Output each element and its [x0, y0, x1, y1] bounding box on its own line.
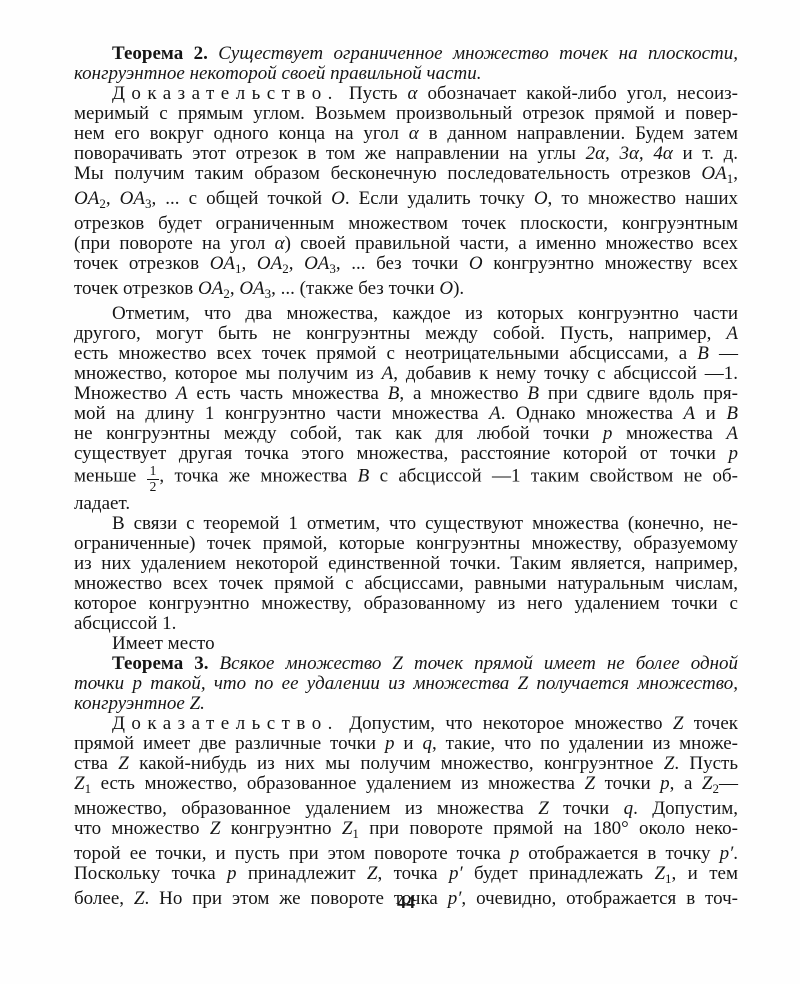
- text-segment: и т. д.: [673, 143, 738, 164]
- text-segment: OA: [74, 188, 99, 209]
- text-segment: множество, которое мы получим из: [74, 363, 382, 384]
- text-line: Теорема 3. Всякое множество Z точек прям…: [74, 654, 738, 674]
- text-segment: Z: [367, 863, 378, 884]
- text-segment: не конгруэнтны между собой, так как для …: [74, 423, 603, 444]
- text-segment: OA: [239, 278, 264, 299]
- text-segment: Допустим, что некоторое множество: [339, 713, 673, 734]
- text-segment: A: [726, 323, 738, 344]
- paragraph: Имеет место: [74, 634, 738, 654]
- text-segment: Z: [673, 713, 684, 734]
- text-segment: множества: [612, 423, 726, 444]
- text-segment: множество всех точек прямой с абсциссами…: [74, 573, 738, 594]
- text-segment: Отметим, что два множества, каждое из ко…: [112, 303, 738, 324]
- text-line: точки p такой, что по ее удалении из мно…: [74, 674, 738, 694]
- text-line: из них удалением некоторой единственной …: [74, 554, 738, 574]
- text-segment: , такие, что по удалении из множе-: [432, 733, 738, 754]
- text-segment: нем его вокруг одного конца на угол: [74, 123, 409, 144]
- text-segment: существует другая точка этого множества,…: [74, 443, 729, 464]
- text-segment: p: [227, 863, 237, 884]
- page-number: 44: [74, 892, 738, 913]
- text-segment: [208, 43, 218, 64]
- text-segment: точки p такой, что по ее удалении из мно…: [74, 673, 738, 694]
- text-segment: , точка: [377, 863, 449, 884]
- text-segment: Z: [342, 818, 353, 839]
- text-segment: A: [489, 403, 501, 424]
- text-segment: с абсциссой —1 таким свойством не об-: [369, 466, 738, 487]
- text-segment: α: [409, 123, 419, 144]
- text-segment: Доказательство.: [112, 713, 339, 734]
- text-segment: . Пусть: [674, 753, 738, 774]
- text-line: множество, образованное удалением из мно…: [74, 799, 738, 819]
- text-line: точек отрезков OA1, OA2, OA3, ... без то…: [74, 254, 738, 279]
- text-segment: Z: [664, 753, 675, 774]
- text-segment: A: [684, 403, 696, 424]
- text-line: что множество Z конгруэнтно Z1 при повор…: [74, 819, 738, 844]
- text-segment: прямой имеет две различные точки: [74, 733, 385, 754]
- text-line: Множество A есть часть множества B, а мн…: [74, 384, 738, 404]
- text-segment: p: [603, 423, 613, 444]
- paragraph: Отметим, что два множества, каждое из ко…: [74, 304, 738, 514]
- text-segment: точки: [595, 773, 660, 794]
- text-segment: , а: [670, 773, 702, 794]
- text-segment: поворачивать этот отрезок в том же напра…: [74, 143, 586, 164]
- text-segment: какой-нибудь из них мы получим множество…: [129, 753, 664, 774]
- text-segment: Z: [210, 818, 221, 839]
- text-segment: ,: [289, 253, 304, 274]
- text-line: Поскольку точка p принадлежит Z, точка p…: [74, 864, 738, 889]
- text-line: которое конгруэнтно множеству, образован…: [74, 594, 738, 614]
- text-line: торой ее точки, и пусть при этом поворот…: [74, 844, 738, 864]
- text-segment: при повороте прямой на 180° около неко-: [359, 818, 738, 839]
- text-segment: есть множество всех точек прямой с неотр…: [74, 343, 697, 364]
- text-segment: мой на длину 1 конгруэнтно части множест…: [74, 403, 489, 424]
- text-segment: . Если удалить точку: [345, 188, 534, 209]
- text-segment: отрезков будет ограниченным множеством т…: [74, 213, 738, 234]
- text-segment: конгруэнтное Z.: [74, 693, 205, 714]
- text-segment: α: [275, 233, 285, 254]
- text-segment: торой ее точки, и пусть при этом поворот…: [74, 843, 510, 864]
- text-segment: Существует ограниченное множество точек …: [218, 43, 738, 64]
- text-line: прямой имеет две различные точки p и q, …: [74, 734, 738, 754]
- text-segment: B: [527, 383, 539, 404]
- text-line: Z1 есть множество, образованное удаление…: [74, 774, 738, 799]
- fraction: 12: [147, 464, 160, 494]
- text-segment: OA: [120, 188, 145, 209]
- text-segment: OA: [701, 163, 726, 184]
- text-segment: α: [408, 83, 418, 104]
- fraction-numerator: 1: [147, 464, 160, 479]
- text-line: Имеет место: [74, 634, 738, 654]
- text-segment: ограниченные) точек прямой, которые конг…: [74, 533, 738, 554]
- text-segment: Множество: [74, 383, 176, 404]
- text-line: ладает.: [74, 494, 738, 514]
- text-segment: которое конгруэнтно множеству, образован…: [74, 593, 738, 614]
- text-line: мой на длину 1 конгруэнтно части множест…: [74, 404, 738, 424]
- paragraph: Теорема 3. Всякое множество Z точек прям…: [74, 654, 738, 714]
- text-segment: q: [422, 733, 432, 754]
- text-segment: A: [382, 363, 394, 384]
- text-segment: OA: [304, 253, 329, 274]
- text-line: есть множество всех точек прямой с неотр…: [74, 344, 738, 364]
- text-segment: p′: [449, 863, 463, 884]
- text-segment: [208, 653, 219, 674]
- text-segment: (при повороте на угол: [74, 233, 275, 254]
- text-segment: ,: [106, 188, 120, 209]
- text-line: множество, которое мы получим из A, доба…: [74, 364, 738, 384]
- text-segment: Z: [584, 773, 595, 794]
- text-segment: меньше: [74, 466, 147, 487]
- text-segment: Z: [74, 773, 85, 794]
- text-segment: при сдвиге вдоль пря-: [539, 383, 738, 404]
- text-segment: Z: [538, 798, 549, 819]
- text-segment: O: [469, 253, 483, 274]
- paragraph: Доказательство. Пусть α обозначает какой…: [74, 84, 738, 304]
- text-segment: и: [695, 403, 726, 424]
- text-line: абсциссой 1.: [74, 614, 738, 634]
- text-line: множество всех точек прямой с абсциссами…: [74, 574, 738, 594]
- text-segment: Теорема 2.: [112, 43, 208, 64]
- text-segment: ства: [74, 753, 118, 774]
- text-segment: B: [388, 383, 400, 404]
- text-segment: OA: [198, 278, 223, 299]
- text-line: В связи с теоремой 1 отметим, что сущест…: [74, 514, 738, 534]
- text-line: точек отрезков OA2, OA3, ... (также без …: [74, 279, 738, 304]
- text-line: меньше 12, точка же множества B с абсцис…: [74, 464, 738, 494]
- text-segment: ) своей правильной части, а именно множе…: [285, 233, 738, 254]
- text-segment: принадлежит: [237, 863, 367, 884]
- text-line: Доказательство. Пусть α обозначает какой…: [74, 84, 738, 104]
- text-segment: B: [726, 403, 738, 424]
- text-segment: другого, могут быть не конгруэнтны между…: [74, 323, 726, 344]
- text-segment: ладает.: [74, 493, 130, 514]
- text-segment: OA: [257, 253, 282, 274]
- text-line: Доказательство. Допустим, что некоторое …: [74, 714, 738, 734]
- text-segment: Z: [118, 753, 129, 774]
- text-line: нем его вокруг одного конца на угол α в …: [74, 124, 738, 144]
- text-segment: Мы получим таким образом бесконечную пос…: [74, 163, 701, 184]
- text-segment: Пусть: [339, 83, 408, 104]
- text-line: конгруэнтное некоторой своей правильной …: [74, 64, 738, 84]
- text-line: OA2, OA3, ... с общей точкой O. Если уда…: [74, 189, 738, 214]
- text-segment: . Допустим,: [633, 798, 738, 819]
- text-segment: , ... без точки: [336, 253, 469, 274]
- text-segment: Имеет место: [112, 633, 215, 654]
- text-line: поворачивать этот отрезок в том же напра…: [74, 144, 738, 164]
- text-segment: точки: [549, 798, 624, 819]
- text-line: Мы получим таким образом бесконечную пос…: [74, 164, 738, 189]
- text-segment: есть часть множества: [187, 383, 387, 404]
- text-segment: Всякое множество Z точек прямой имеет не…: [220, 653, 738, 674]
- text-segment: Поскольку точка: [74, 863, 227, 884]
- paragraph: Доказательство. Допустим, что некоторое …: [74, 714, 738, 909]
- paragraph: В связи с теоремой 1 отметим, что сущест…: [74, 514, 738, 634]
- text-segment: Z: [702, 773, 713, 794]
- text-segment: ,: [242, 253, 257, 274]
- text-segment: в данном направлении. Будем затем: [419, 123, 738, 144]
- text-line: ства Z какой-нибудь из них мы получим мн…: [74, 754, 738, 774]
- text-segment: ,: [230, 278, 240, 299]
- text-segment: B: [697, 343, 709, 364]
- text-line: другого, могут быть не конгруэнтны между…: [74, 324, 738, 344]
- text-segment: абсциссой 1.: [74, 613, 176, 634]
- text-segment: , и тем: [672, 863, 738, 884]
- text-segment: , ... с общей точкой: [151, 188, 331, 209]
- text-line: (при повороте на угол α) своей правильно…: [74, 234, 738, 254]
- page-text: Теорема 2. Существует ограниченное множе…: [74, 44, 738, 909]
- text-line: Теорема 2. Существует ограниченное множе…: [74, 44, 738, 64]
- text-segment: —: [709, 343, 738, 364]
- text-segment: точек отрезков: [74, 278, 198, 299]
- text-segment: A: [726, 423, 738, 444]
- text-line: ограниченные) точек прямой, которые конг…: [74, 534, 738, 554]
- text-segment: точек отрезков: [74, 253, 210, 274]
- text-line: меримый с прямым углом. Возьмем произвол…: [74, 104, 738, 124]
- text-segment: Теорема 3.: [112, 653, 208, 674]
- text-segment: конгруэнтно: [220, 818, 341, 839]
- text-segment: B: [358, 466, 370, 487]
- text-segment: p′: [720, 843, 734, 864]
- text-segment: Доказательство.: [112, 83, 339, 104]
- text-segment: . Однако множества: [501, 403, 684, 424]
- text-segment: обозначает какой-либо угол, несоиз-: [418, 83, 738, 104]
- text-segment: A: [176, 383, 188, 404]
- text-segment: ).: [453, 278, 464, 299]
- text-segment: Z: [654, 863, 665, 884]
- text-segment: отображается в точку: [519, 843, 719, 864]
- text-segment: точек: [683, 713, 738, 734]
- text-segment: O: [439, 278, 453, 299]
- paragraph: Теорема 2. Существует ограниченное множе…: [74, 44, 738, 84]
- text-segment: p: [729, 443, 739, 464]
- text-segment: —: [719, 773, 738, 794]
- text-segment: p: [660, 773, 670, 794]
- text-segment: будет принадлежать: [463, 863, 655, 884]
- text-segment: , добавив к нему точку с абсциссой —1.: [393, 363, 738, 384]
- text-segment: p: [510, 843, 520, 864]
- text-segment: , а множество: [399, 383, 527, 404]
- text-segment: .: [733, 843, 738, 864]
- fraction-denominator: 2: [147, 479, 160, 495]
- text-segment: что множество: [74, 818, 210, 839]
- text-segment: , ... (также без точки: [271, 278, 439, 299]
- text-segment: конгруэнтное некоторой своей правильной …: [74, 63, 482, 84]
- text-segment: O: [331, 188, 345, 209]
- text-segment: O: [534, 188, 548, 209]
- text-line: не конгруэнтны между собой, так как для …: [74, 424, 738, 444]
- text-segment: есть множество, образованное удалением и…: [91, 773, 584, 794]
- text-segment: , точка же множества: [159, 466, 357, 487]
- text-segment: , то множество наших: [548, 188, 738, 209]
- text-segment: множество, образованное удалением из мно…: [74, 798, 538, 819]
- text-segment: 2α, 3α, 4α: [586, 143, 673, 164]
- text-line: Отметим, что два множества, каждое из ко…: [74, 304, 738, 324]
- text-segment: конгруэнтно множеству всех: [483, 253, 738, 274]
- text-segment: ,: [733, 163, 738, 184]
- text-segment: меримый с прямым углом. Возьмем произвол…: [74, 103, 738, 124]
- text-line: существует другая точка этого множества,…: [74, 444, 738, 464]
- text-segment: из них удалением некоторой единственной …: [74, 553, 738, 574]
- text-line: отрезков будет ограниченным множеством т…: [74, 214, 738, 234]
- text-line: конгруэнтное Z.: [74, 694, 738, 714]
- book-page: Теорема 2. Существует ограниченное множе…: [0, 0, 800, 984]
- text-segment: и: [394, 733, 422, 754]
- text-segment: В связи с теоремой 1 отметим, что сущест…: [112, 513, 738, 534]
- text-segment: q: [624, 798, 634, 819]
- text-segment: OA: [210, 253, 235, 274]
